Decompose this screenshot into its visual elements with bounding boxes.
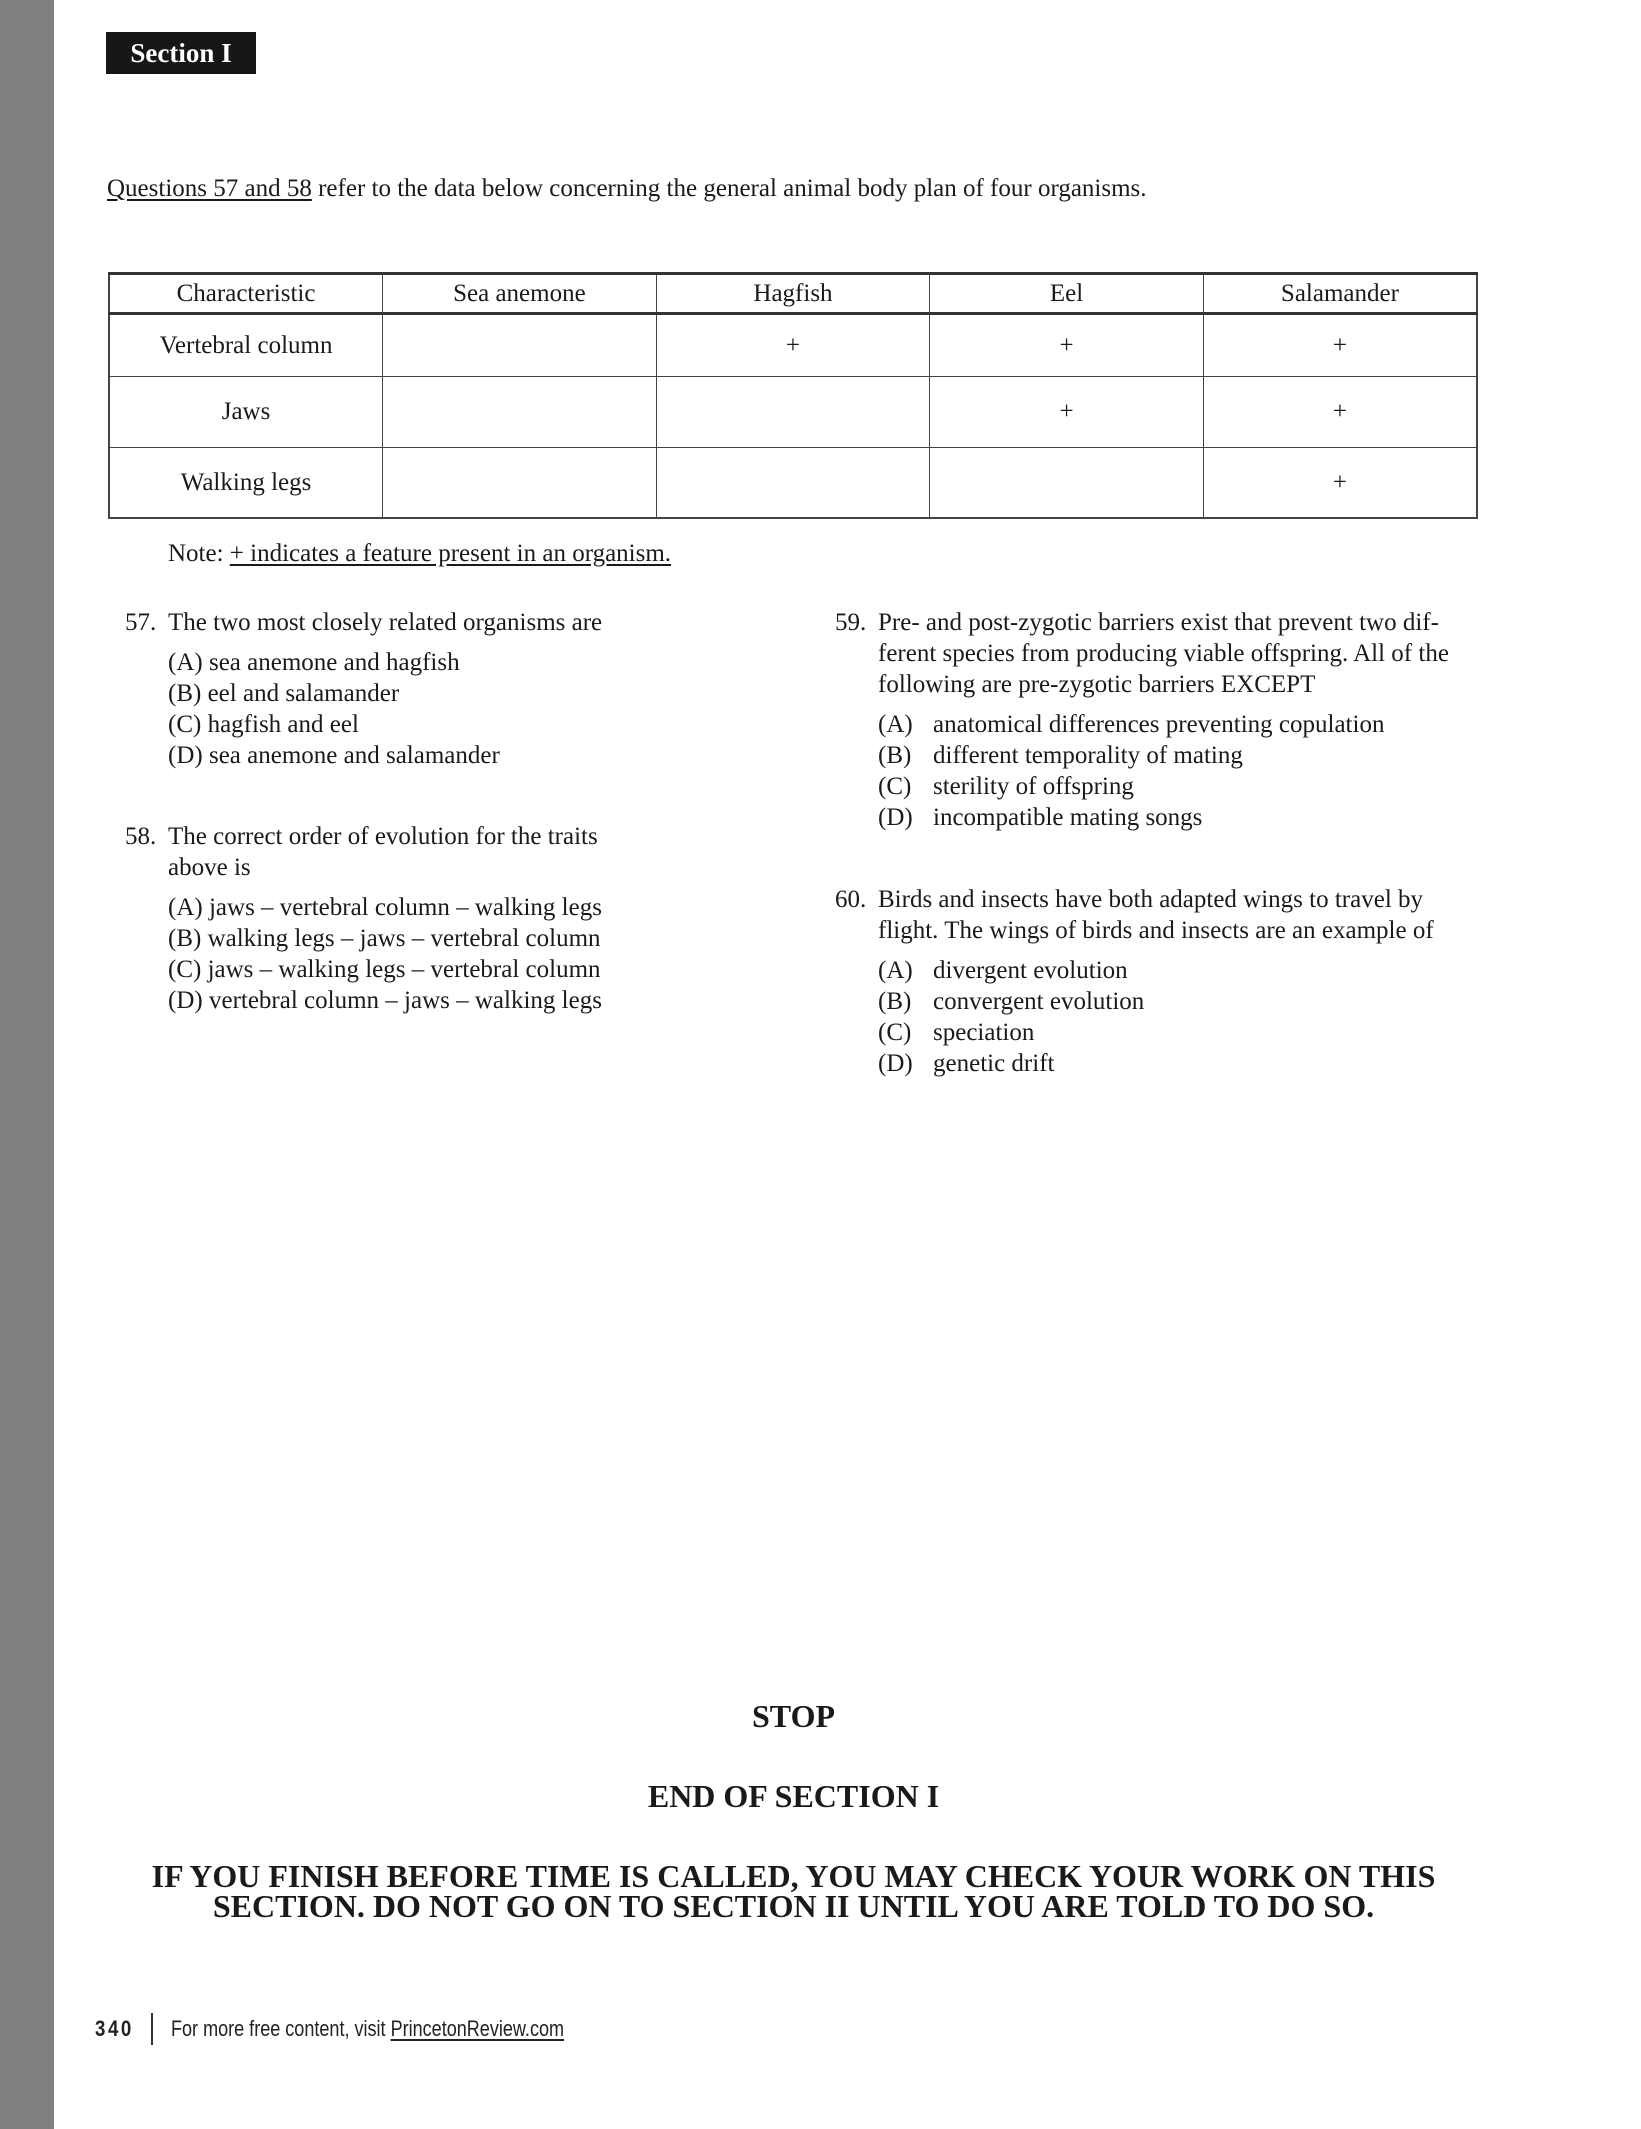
table-cell: + <box>930 377 1204 448</box>
table-cell <box>930 448 1204 519</box>
answer-choice-b[interactable]: (B)different temporality of mating <box>878 740 1475 771</box>
end-instructions-line-2: SECTION. DO NOT GO ON TO SECTION II UNTI… <box>54 1891 1533 1921</box>
choice-letter: (C) <box>168 711 201 738</box>
table-row: Vertebral column + + + <box>109 314 1477 377</box>
table-header-row: Characteristic Sea anemone Hagfish Eel S… <box>109 274 1477 314</box>
question-number: 60. <box>835 884 866 915</box>
end-instructions-line-1: IF YOU FINISH BEFORE TIME IS CALLED, YOU… <box>54 1861 1533 1891</box>
choice-letter: (C) <box>878 1017 933 1048</box>
choice-letter: (A) <box>168 649 203 676</box>
choice-text: genetic drift <box>933 1048 1054 1079</box>
question-stem: The two most closely related organisms a… <box>168 607 645 638</box>
table-cell <box>656 448 930 519</box>
answer-choice-b[interactable]: (B) eel and salamander <box>168 678 645 709</box>
row-label: Jaws <box>109 377 383 448</box>
question-59: 59. Pre- and post-zygotic barriers exist… <box>835 607 1475 833</box>
princeton-review-link[interactable]: PrincetonReview.com <box>390 2016 563 2041</box>
table-cell: + <box>1203 377 1477 448</box>
answer-choices: (A)anatomical differences preventing cop… <box>878 709 1475 833</box>
choice-letter: (C) <box>878 771 933 802</box>
choice-text: incompatible mating songs <box>933 802 1202 833</box>
answer-choice-c[interactable]: (C)sterility of offspring <box>878 771 1475 802</box>
answer-choice-d[interactable]: (D)incompatible mating songs <box>878 802 1475 833</box>
answer-choice-d[interactable]: (D) vertebral column – jaws – walking le… <box>168 985 645 1016</box>
choice-letter: (D) <box>878 1048 933 1079</box>
table-cell: + <box>656 314 930 377</box>
answer-choice-a[interactable]: (A)divergent evolution <box>878 955 1475 986</box>
question-stem: Birds and insects have both adapted wing… <box>878 884 1478 946</box>
footer-divider <box>151 2013 153 2045</box>
question-stem: Pre- and post-zygotic barriers exist tha… <box>878 607 1478 700</box>
table-cell <box>383 314 657 377</box>
row-label: Walking legs <box>109 448 383 519</box>
end-of-section-heading: END OF SECTION I <box>54 1781 1533 1811</box>
body-plan-table: Characteristic Sea anemone Hagfish Eel S… <box>108 272 1478 519</box>
answer-choice-c[interactable]: (C) jaws – walking legs – vertebral colu… <box>168 954 645 985</box>
choice-letter: (B) <box>878 986 933 1017</box>
choice-letter: (A) <box>878 709 933 740</box>
choice-letter: (B) <box>168 680 201 707</box>
answer-choice-c[interactable]: (C) hagfish and eel <box>168 709 645 740</box>
footer-promo-text: For more free content, visit <box>171 2016 391 2041</box>
header-eel: Eel <box>930 274 1204 314</box>
choice-text: eel and salamander <box>208 680 400 707</box>
table-cell: + <box>1203 448 1477 519</box>
header-salamander: Salamander <box>1203 274 1477 314</box>
answer-choice-b[interactable]: (B)convergent evolution <box>878 986 1475 1017</box>
choice-text: walking legs – jaws – vertebral column <box>208 925 601 952</box>
answer-choice-c[interactable]: (C)speciation <box>878 1017 1475 1048</box>
answer-choice-d[interactable]: (D) sea anemone and salamander <box>168 740 645 771</box>
table-cell <box>383 377 657 448</box>
header-hagfish: Hagfish <box>656 274 930 314</box>
answer-choice-a[interactable]: (A) sea anemone and hagfish <box>168 647 645 678</box>
question-set-intro: Questions 57 and 58 refer to the data be… <box>107 174 1147 204</box>
table-cell <box>383 448 657 519</box>
table-note: Note: + indicates a feature present in a… <box>168 540 671 568</box>
choice-text: sea anemone and salamander <box>209 742 500 769</box>
stop-heading: STOP <box>54 1701 1533 1731</box>
choice-text: vertebral column – jaws – walking legs <box>209 987 602 1014</box>
question-57: 57. The two most closely related organis… <box>125 607 645 771</box>
table-row: Walking legs + <box>109 448 1477 519</box>
choice-letter: (A) <box>878 955 933 986</box>
end-instructions: IF YOU FINISH BEFORE TIME IS CALLED, YOU… <box>54 1861 1533 1921</box>
choice-text: anatomical differences preventing copula… <box>933 709 1384 740</box>
question-number: 57. <box>125 607 156 638</box>
choice-letter: (B) <box>168 925 201 952</box>
table-cell: + <box>1203 314 1477 377</box>
choice-letter: (D) <box>878 802 933 833</box>
note-prefix: Note: <box>168 540 230 567</box>
choice-text: jaws – walking legs – vertebral column <box>208 956 601 983</box>
page-gutter-bar <box>0 0 54 2129</box>
answer-choices: (A) sea anemone and hagfish (B) eel and … <box>168 647 645 771</box>
answer-choice-b[interactable]: (B) walking legs – jaws – vertebral colu… <box>168 923 645 954</box>
note-text: + indicates a feature present in an orga… <box>230 540 671 567</box>
choice-text: convergent evolution <box>933 986 1144 1017</box>
choice-letter: (C) <box>168 956 201 983</box>
choice-letter: (A) <box>168 894 203 921</box>
choice-text: divergent evolution <box>933 955 1128 986</box>
header-characteristic: Characteristic <box>109 274 383 314</box>
choice-text: different temporality of mating <box>933 740 1243 771</box>
answer-choice-d[interactable]: (D)genetic drift <box>878 1048 1475 1079</box>
table-cell <box>656 377 930 448</box>
question-60: 60. Birds and insects have both adapted … <box>835 884 1475 1079</box>
choice-text: sterility of offspring <box>933 771 1134 802</box>
answer-choices: (A) jaws – vertebral column – walking le… <box>168 892 645 1016</box>
choice-text: sea anemone and hagfish <box>209 649 460 676</box>
header-sea-anemone: Sea anemone <box>383 274 657 314</box>
choice-letter: (D) <box>168 987 203 1014</box>
page-number: 340 <box>95 2016 134 2042</box>
table-cell: + <box>930 314 1204 377</box>
question-58: 58. The correct order of evolution for t… <box>125 821 645 1016</box>
section-label-text: Section I <box>130 38 231 69</box>
question-stem: The correct order of evolution for the t… <box>168 821 608 883</box>
table-row: Jaws + + <box>109 377 1477 448</box>
choice-letter: (D) <box>168 742 203 769</box>
choice-text: speciation <box>933 1017 1034 1048</box>
question-number: 59. <box>835 607 866 638</box>
choice-text: jaws – vertebral column – walking legs <box>209 894 602 921</box>
footer-promo: For more free content, visit PrincetonRe… <box>171 2016 564 2042</box>
intro-question-reference: Questions 57 and 58 <box>107 175 312 202</box>
answer-choice-a[interactable]: (A) jaws – vertebral column – walking le… <box>168 892 645 923</box>
answer-choices: (A)divergent evolution (B)convergent evo… <box>878 955 1475 1079</box>
choice-letter: (B) <box>878 740 933 771</box>
section-label: Section I <box>106 32 256 74</box>
answer-choice-a[interactable]: (A)anatomical differences preventing cop… <box>878 709 1475 740</box>
row-label: Vertebral column <box>109 314 383 377</box>
page-footer: 340 For more free content, visit Princet… <box>95 2012 650 2046</box>
intro-text: refer to the data below concerning the g… <box>312 175 1147 202</box>
choice-text: hagfish and eel <box>208 711 359 738</box>
question-number: 58. <box>125 821 156 852</box>
